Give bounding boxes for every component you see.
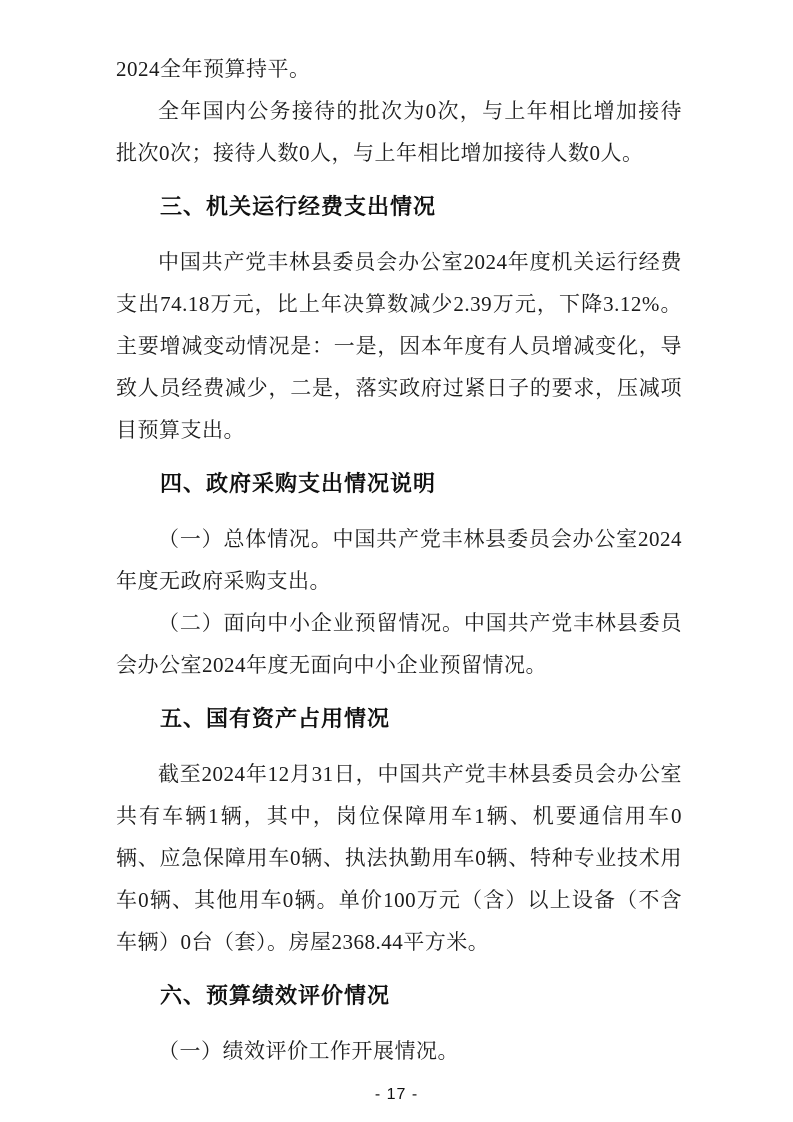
document-page: 2024全年预算持平。 全年国内公务接待的批次为0次，与上年相比增加接待批次0次… xyxy=(0,0,793,1122)
section-heading-6: 六、预算绩效评价情况 xyxy=(116,975,682,1017)
body-paragraph: 中国共产党丰林县委员会办公室2024年度机关运行经费支出74.18万元，比上年决… xyxy=(116,241,682,451)
body-paragraph: 截至2024年12月31日，中国共产党丰林县委员会办公室共有车辆1辆，其中，岗位… xyxy=(116,753,682,963)
section-heading-4: 四、政府采购支出情况说明 xyxy=(116,463,682,505)
document-content: 2024全年预算持平。 全年国内公务接待的批次为0次，与上年相比增加接待批次0次… xyxy=(116,48,682,1072)
body-paragraph-continued: 2024全年预算持平。 xyxy=(116,48,682,90)
section-heading-5: 五、国有资产占用情况 xyxy=(116,698,682,740)
body-paragraph: （二）面向中小企业预留情况。中国共产党丰林县委员会办公室2024年度无面向中小企… xyxy=(116,602,682,686)
body-paragraph: （一）绩效评价工作开展情况。 xyxy=(116,1030,682,1072)
page-number: - 17 - xyxy=(0,1086,793,1104)
section-heading-3: 三、机关运行经费支出情况 xyxy=(116,186,682,228)
body-paragraph: 全年国内公务接待的批次为0次，与上年相比增加接待批次0次；接待人数0人，与上年相… xyxy=(116,90,682,174)
body-paragraph: （一）总体情况。中国共产党丰林县委员会办公室2024年度无政府采购支出。 xyxy=(116,518,682,602)
